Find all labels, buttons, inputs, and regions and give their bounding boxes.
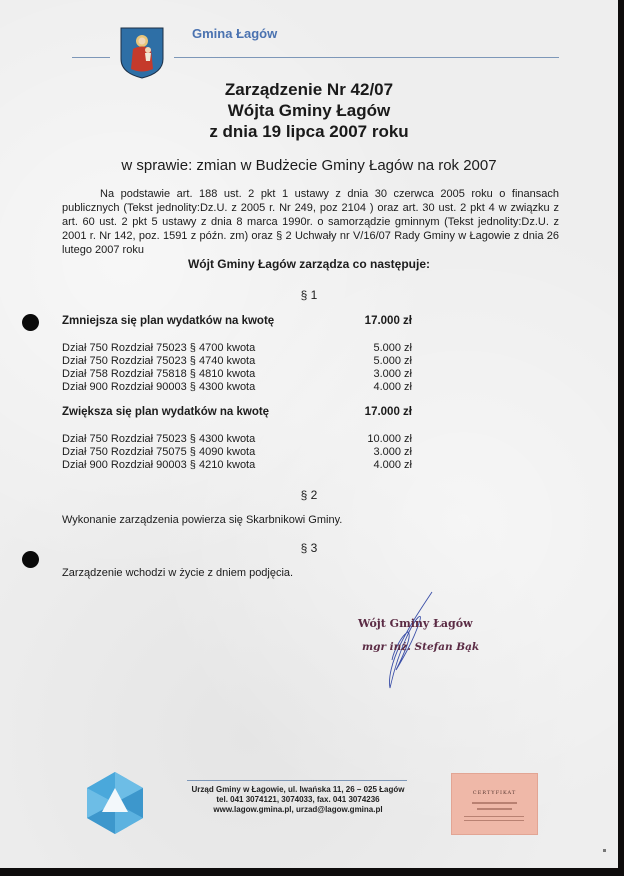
footer-phones: tel. 041 3074121, 3074033, fax. 041 3074… [150,795,446,805]
footer-web: www.lagow.gmina.pl, urzad@lagow.gmina.pl [150,805,446,815]
signature-title: Wójt Gminy Łagów [358,617,473,630]
doc-title-date: z dnia 19 lipca 2007 roku [0,122,618,142]
item-label: Dział 750 Rozdział 75023 § 4300 kwota [62,433,255,446]
certificate-title: CERTYFIKAT [452,790,537,796]
decrease-total: 17.000 zł [365,315,412,328]
table-row: Dział 900 Rozdział 90003 § 4300 kwota 4.… [62,381,412,394]
header-rule-right [174,57,559,58]
punch-hole-bottom [22,551,39,568]
document-page: Gmina Łagów Zarządzenie Nr 42/07 Wójta G… [0,0,618,868]
certificate-line [477,808,512,810]
section-2-text: Wykonanie zarządzenia powierza się Skarb… [62,514,342,526]
scan-speck [603,849,606,852]
certificate-line [464,820,524,821]
decree-statement: Wójt Gminy Łagów zarządza co następuje: [0,257,618,271]
header-rule-left [72,57,110,58]
section-3-text: Zarządzenie wchodzi w życie z dniem podj… [62,567,293,579]
table-row: Dział 750 Rozdział 75023 § 4300 kwota 10… [62,433,412,446]
doc-title-issuer: Wójta Gminy Łagów [0,101,618,121]
decrease-total-row: Zmniejsza się plan wydatków na kwotę 17.… [62,315,412,328]
table-row: Dział 750 Rozdział 75023 § 4740 kwota 5.… [62,355,412,368]
org-name: Gmina Łagów [192,26,277,41]
coat-of-arms-icon [120,27,164,79]
item-amount: 5.000 zł [373,342,412,355]
section-3-heading: § 3 [0,541,618,555]
increase-total-row: Zwiększa się plan wydatków na kwotę 17.0… [62,406,412,419]
item-label: Dział 758 Rozdział 75818 § 4810 kwota [62,368,255,381]
preamble: Na podstawie art. 188 ust. 2 pkt 1 ustaw… [62,187,559,257]
certificate-line [464,816,524,817]
item-amount: 4.000 zł [373,459,412,472]
table-row: Dział 900 Rozdział 90003 § 4210 kwota 4.… [62,459,412,472]
signature-name: mgr inż. Stefan Bąk [362,641,479,653]
item-label: Dział 750 Rozdział 75023 § 4740 kwota [62,355,255,368]
section-2-heading: § 2 [0,488,618,502]
increase-label: Zwiększa się plan wydatków na kwotę [62,406,269,419]
increase-total: 17.000 zł [365,406,412,419]
doc-subject: w sprawie: zmian w Budżecie Gminy Łagów … [0,157,618,174]
item-label: Dział 750 Rozdział 75075 § 4090 kwota [62,446,255,459]
item-amount: 5.000 zł [373,355,412,368]
item-amount: 3.000 zł [373,368,412,381]
section-1-heading: § 1 [0,288,618,302]
table-row: Dział 750 Rozdział 75023 § 4700 kwota 5.… [62,342,412,355]
punch-hole-top [22,314,39,331]
item-label: Dział 900 Rozdział 90003 § 4210 kwota [62,459,255,472]
quality-hexagon-logo-icon [84,770,146,836]
decrease-label: Zmniejsza się plan wydatków na kwotę [62,315,274,328]
preamble-text: Na podstawie art. 188 ust. 2 pkt 1 ustaw… [62,188,559,256]
item-amount: 3.000 zł [373,446,412,459]
item-label: Dział 900 Rozdział 90003 § 4300 kwota [62,381,255,394]
doc-title-number: Zarządzenie Nr 42/07 [0,80,618,100]
table-row: Dział 758 Rozdział 75818 § 4810 kwota 3.… [62,368,412,381]
item-label: Dział 750 Rozdział 75023 § 4700 kwota [62,342,255,355]
certificate-line [472,802,517,804]
item-amount: 4.000 zł [373,381,412,394]
footer-rule [187,780,407,781]
table-row: Dział 750 Rozdział 75075 § 4090 kwota 3.… [62,446,412,459]
footer-web-link[interactable]: www.lagow.gmina.pl, urzad@lagow.gmina.pl [213,805,382,814]
item-amount: 10.000 zł [367,433,412,446]
certificate-image: CERTYFIKAT [451,773,538,835]
handwritten-signature-icon [380,590,440,690]
footer-address: Urząd Gminy w Łagowie, ul. Iwańska 11, 2… [150,785,446,795]
